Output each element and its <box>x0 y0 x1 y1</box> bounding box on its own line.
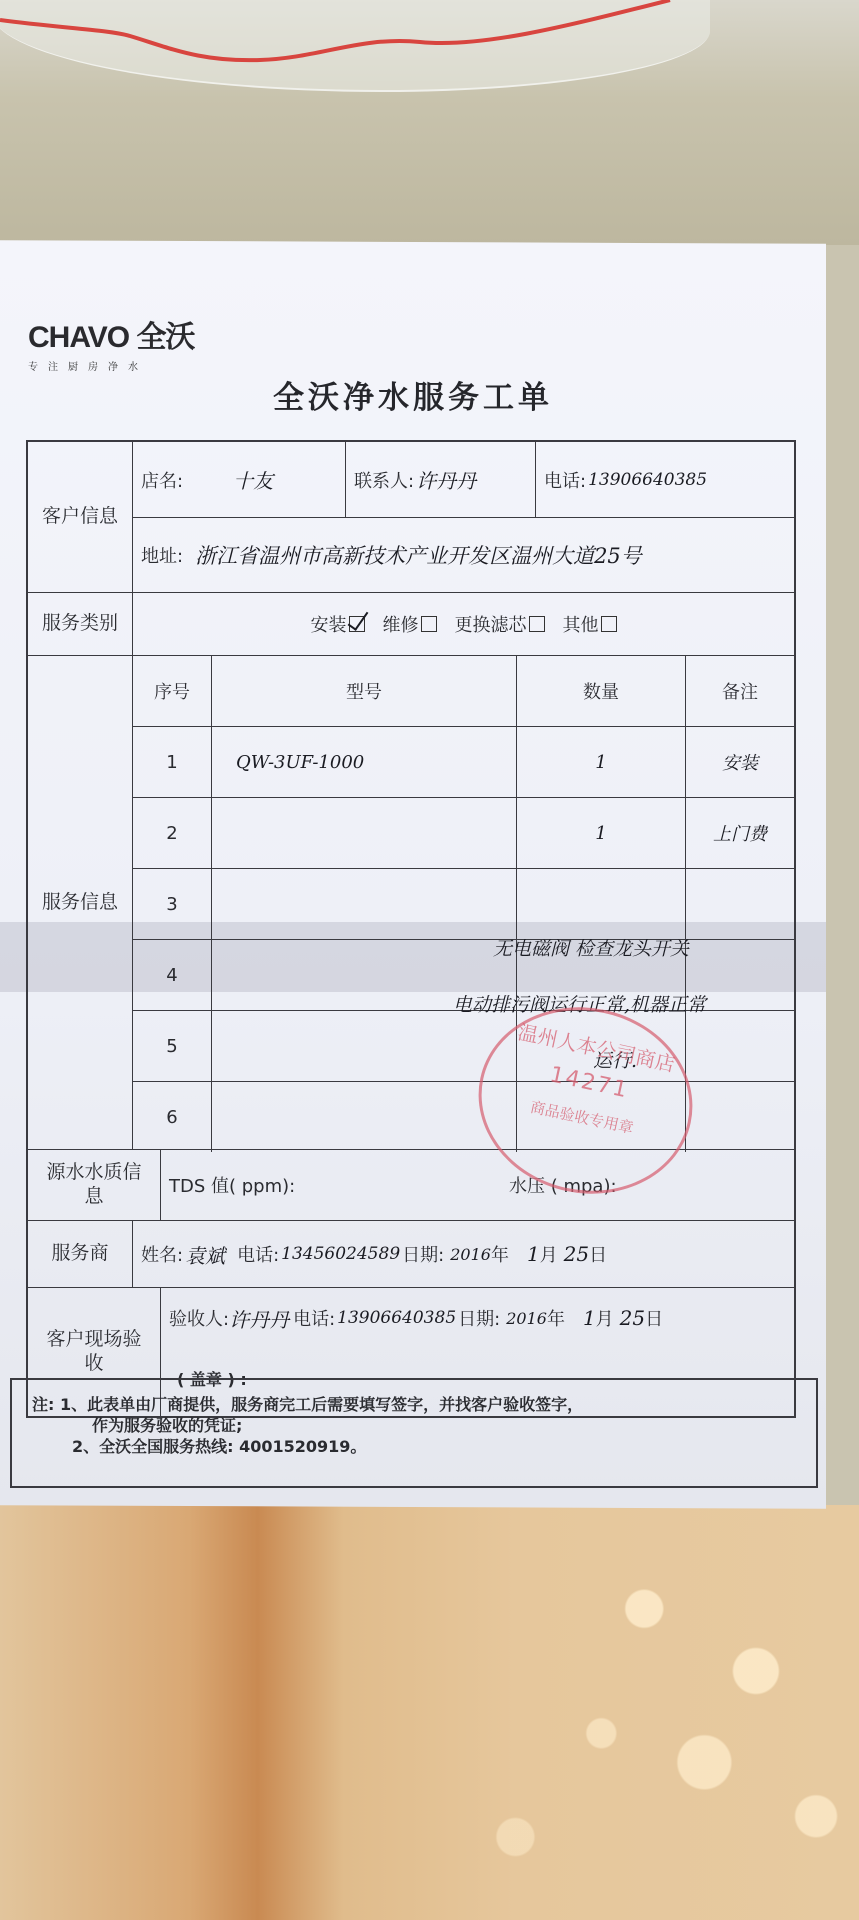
marble-countertop <box>0 1505 859 1920</box>
address-value: 浙江省温州市高新技术产业开发区温州大道25号 <box>195 540 642 570</box>
model-cell[interactable]: QW-3UF-1000 <box>212 727 517 798</box>
provider-phone[interactable]: 13456024589 <box>281 1244 400 1264</box>
water-quality-label: 源水水质信息 <box>28 1150 161 1220</box>
customer-info-label: 客户信息 <box>28 442 133 592</box>
col-quantity: 数量 <box>517 656 686 727</box>
store-label: 店名: <box>141 467 183 493</box>
background-wall <box>0 0 859 245</box>
option-other[interactable]: 其他 <box>563 611 617 637</box>
remark-cell[interactable]: 安装 <box>686 727 795 798</box>
provider-name[interactable]: 袁斌 <box>185 1240 225 1269</box>
option-repair[interactable]: 维修 <box>383 611 437 637</box>
service-provider-section: 服务商 姓名: 袁斌 电话: 13456024589 日期: 2016 年 1 … <box>28 1221 794 1288</box>
service-category-options: 安装 维修 更换滤芯 其他 <box>133 593 794 655</box>
notes-box: 注: 1、此表单由厂商提供，服务商完工后需要填写签字，并找客户验收签字， 作为服… <box>10 1378 818 1488</box>
phone-field[interactable]: 电话: 13906640385 <box>535 442 794 517</box>
model-cell[interactable] <box>212 798 517 869</box>
col-model: 型号 <box>212 656 517 727</box>
acceptance-month[interactable]: 1 <box>583 1306 596 1330</box>
model-cell[interactable] <box>212 1082 517 1153</box>
option-install[interactable]: 安装 <box>311 611 365 637</box>
contact-value: 许丹丹 <box>416 465 476 494</box>
acceptance-year[interactable]: 2016 <box>506 1309 547 1328</box>
address-field[interactable]: 地址: 浙江省温州市高新技术产业开发区温州大道25号 <box>133 518 794 592</box>
contact-field[interactable]: 联系人: 许丹丹 <box>345 442 535 517</box>
water-quality-section: 源水水质信息 TDS 值( ppm): 水压 ( mpa): <box>28 1150 794 1221</box>
table-header: 序号 型号 数量 备注 <box>133 656 794 727</box>
acceptor-phone[interactable]: 13906640385 <box>337 1308 456 1328</box>
address-label: 地址: <box>141 542 183 568</box>
contact-label: 联系人: <box>354 467 414 493</box>
acceptor-name[interactable]: 许丹丹 <box>229 1304 289 1333</box>
service-category-section: 服务类别 安装 维修 更换滤芯 其他 <box>28 593 794 656</box>
checkbox-checked-icon[interactable] <box>349 616 365 632</box>
provider-month[interactable]: 1 <box>527 1242 540 1266</box>
logo-tagline: 专注厨房净水 <box>28 358 194 373</box>
table-row: 2 1 上门费 <box>133 798 794 869</box>
service-provider-label: 服务商 <box>28 1221 133 1287</box>
option-replace-filter[interactable]: 更换滤芯 <box>455 611 545 637</box>
service-info-label: 服务信息 <box>28 656 133 1149</box>
note-line-2: 作为服务验收的凭证; <box>32 1415 796 1436</box>
remark-cell[interactable]: 上门费 <box>686 798 795 869</box>
provider-day[interactable]: 25 <box>564 1242 589 1266</box>
document-title: 全沃净水服务工单 <box>0 372 826 417</box>
store-field[interactable]: 店名: 十友 <box>133 442 345 517</box>
table-row: 6 <box>133 1082 794 1153</box>
phone-label: 电话: <box>544 467 586 493</box>
service-category-label: 服务类别 <box>28 593 133 655</box>
checkbox-icon[interactable] <box>421 616 437 632</box>
service-order-form: 客户信息 店名: 十友 联系人: 许丹丹 电话: 13906640385 地址: <box>26 440 796 1418</box>
note-line-3: 2、全沃全国服务热线: 4001520919。 <box>32 1436 796 1457</box>
quantity-cell[interactable]: 1 <box>517 798 686 869</box>
col-remark: 备注 <box>686 656 795 727</box>
checkbox-icon[interactable] <box>529 616 545 632</box>
note-line-1: 注: 1、此表单由厂商提供，服务商完工后需要填写签字，并找客户验收签字， <box>32 1394 796 1415</box>
logo-text: CHAVO 全沃 <box>28 312 194 356</box>
checkbox-icon[interactable] <box>601 616 617 632</box>
brand-logo: CHAVO 全沃 专注厨房净水 <box>28 312 194 373</box>
bag-red-stripe <box>0 0 680 70</box>
tds-label: TDS 值( ppm): <box>169 1172 509 1198</box>
quantity-cell[interactable]: 1 <box>517 727 686 798</box>
table-row: 1 QW-3UF-1000 1 安装 <box>133 727 794 798</box>
store-value: 十友 <box>233 465 273 494</box>
customer-info-section: 客户信息 店名: 十友 联系人: 许丹丹 电话: 13906640385 地址: <box>28 442 794 593</box>
provider-year[interactable]: 2016 <box>450 1245 491 1264</box>
acceptance-day[interactable]: 25 <box>620 1306 645 1330</box>
col-index: 序号 <box>133 656 212 727</box>
remark-cell[interactable] <box>686 1082 795 1153</box>
phone-value: 13906640385 <box>588 470 707 490</box>
